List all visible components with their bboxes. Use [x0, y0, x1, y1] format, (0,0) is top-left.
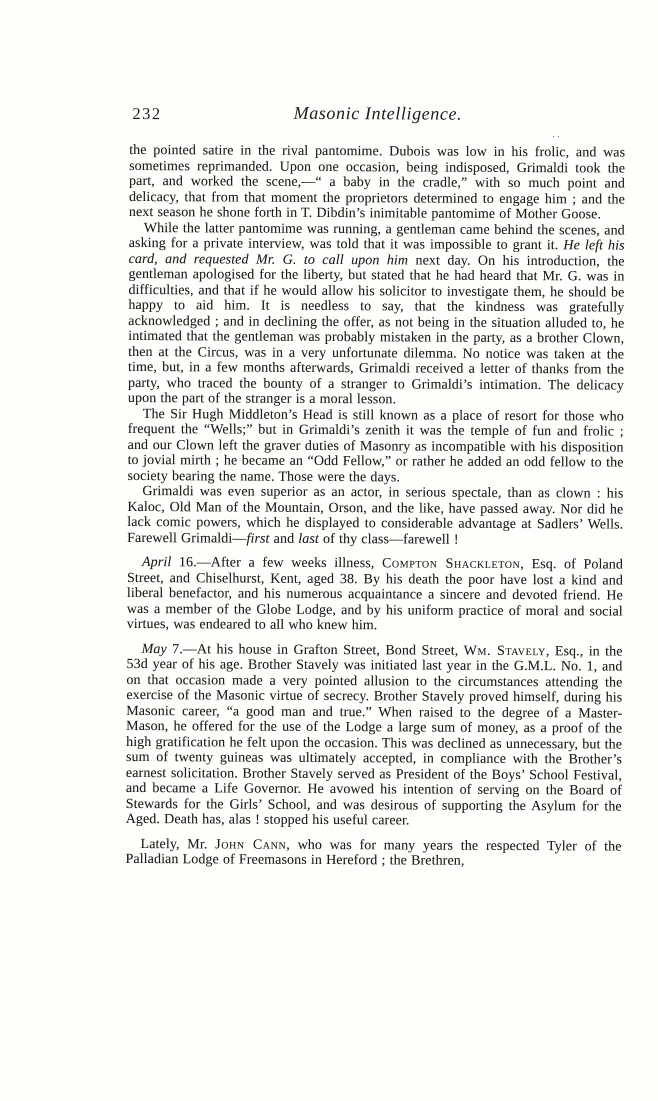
paragraph: Grimaldi was even superior as an actor, …: [127, 484, 623, 549]
text-segment: of thy class—farewell !: [319, 531, 459, 547]
text-segment: 16.—After a few weeks illness,: [171, 555, 382, 571]
text-segment: 7.—At his house in Grafton Street, Bond …: [167, 642, 464, 659]
text-segment: April: [142, 555, 171, 570]
scan-artifact: ..: [552, 128, 562, 140]
page-header: 232 Masonic Intelligence. ..: [0, 101, 657, 138]
paragraph: Lately, Mr. John Cann, who was for many …: [125, 836, 621, 870]
text-segment: and: [270, 531, 299, 546]
text-segment: May: [142, 642, 167, 657]
paragraph: May 7.—At his house in Grafton Street, B…: [126, 641, 623, 830]
text-segment: Wm. Stavely: [464, 643, 546, 658]
paragraph: the pointed satire in the rival pantomim…: [129, 143, 625, 223]
text-segment: first: [246, 531, 269, 546]
scanned-page: 232 Masonic Intelligence. .. the pointed…: [0, 0, 658, 1101]
paragraph: While the latter pantomime was running, …: [128, 220, 625, 409]
text-segment: last: [298, 531, 319, 546]
text-segment: While the latter pantomime was running, …: [129, 221, 625, 254]
text-segment: the pointed satire in the rival pantomim…: [129, 143, 625, 222]
text-segment: next day. On his introduction, the gentl…: [128, 253, 625, 407]
paragraph: April 16.—After a few weeks illness, Com…: [127, 555, 623, 635]
paragraph: The Sir Hugh Middleton’s Head is still k…: [127, 406, 623, 486]
text-segment: John Cann: [215, 837, 286, 852]
text-segment: Compton Shackleton: [382, 556, 520, 572]
text-segment: The Sir Hugh Middleton’s Head is still k…: [127, 407, 623, 485]
text-segment: , Esq., in the 53d year of his age. Brot…: [126, 644, 623, 829]
page-body: the pointed satire in the rival pantomim…: [125, 143, 625, 870]
text-segment: Lately, Mr.: [141, 837, 216, 852]
running-title: Masonic Intelligence.: [129, 102, 626, 126]
